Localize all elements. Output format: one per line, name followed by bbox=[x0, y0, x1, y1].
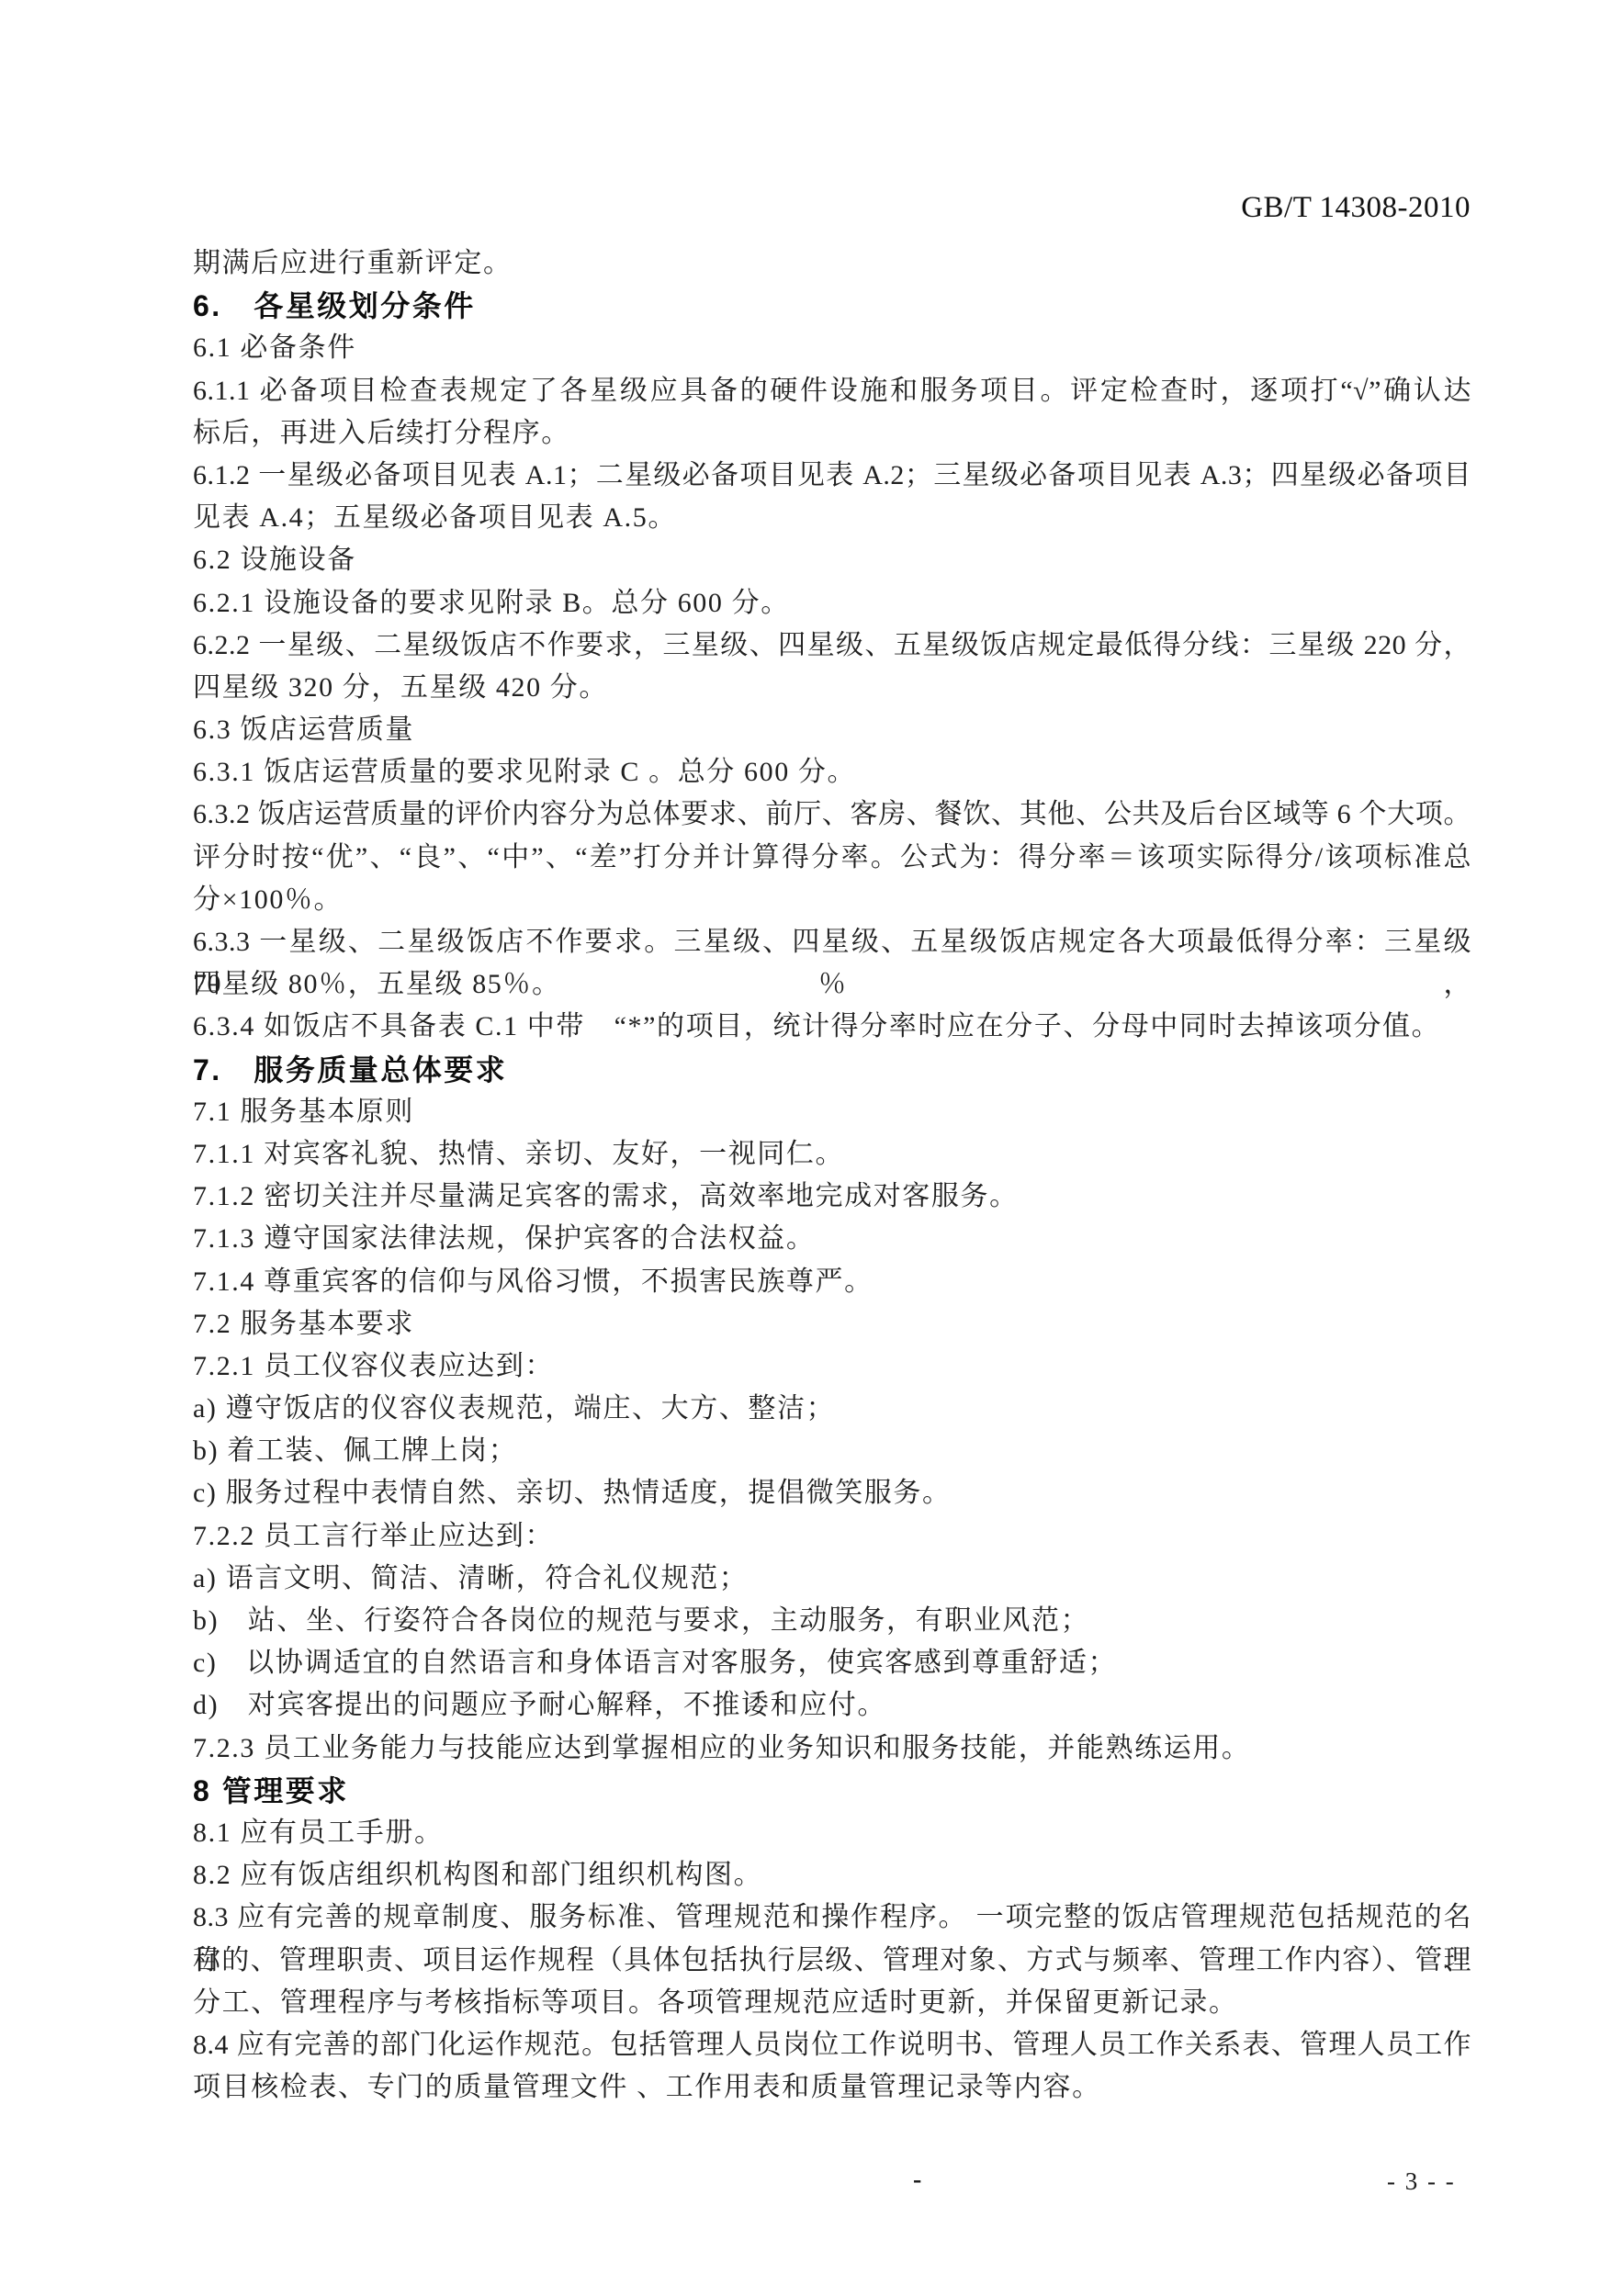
text-line: 6.3.4 如饭店不具备表 C.1 中带 “*”的项目，统计得分率时应在分子、分… bbox=[193, 1006, 1471, 1048]
text-line: 7.1.4 尊重宾客的信仰与风俗习惯，不损害民族尊严。 bbox=[193, 1261, 1471, 1303]
section-heading: 6. 各星级划分条件 bbox=[193, 285, 1471, 327]
text-line: 6.3 饭店运营质量 bbox=[193, 709, 1471, 751]
text-line: c) 以协调适宜的自然语言和身体语言对客服务，使宾客感到尊重舒适； bbox=[193, 1642, 1471, 1684]
text-line: 6.2 设施设备 bbox=[193, 539, 1471, 581]
text-line: 项目核检表、专门的质量管理文件 、工作用表和质量管理记录等内容。 bbox=[193, 2066, 1471, 2109]
text-line: b) 站、坐、行姿符合各岗位的规范与要求，主动服务，有职业风范； bbox=[193, 1600, 1471, 1642]
text-line: a) 遵守饭店的仪容仪表规范，端庄、大方、整洁； bbox=[193, 1388, 1471, 1430]
text-line: 6.1.2 一星级必备项目见表 A.1；二星级必备项目见表 A.2；三星级必备项… bbox=[193, 455, 1471, 497]
text-line: 6.3.2 饭店运营质量的评价内容分为总体要求、前厅、客房、餐饮、其他、公共及后… bbox=[193, 793, 1471, 836]
text-line: 6.1.1 必备项目检查表规定了各星级应具备的硬件设施和服务项目。评定检查时，逐… bbox=[193, 370, 1471, 412]
text-line: 7.2.1 员工仪容仪表应达到： bbox=[193, 1345, 1471, 1388]
text-line: 7.1.1 对宾客礼貌、热情、亲切、友好，一视同仁。 bbox=[193, 1133, 1471, 1176]
text-line: 7.1.2 密切关注并尽量满足宾客的需求，高效率地完成对客服务。 bbox=[193, 1176, 1471, 1218]
text-line: 7.2 服务基本要求 bbox=[193, 1303, 1471, 1345]
text-line: 标后，再进入后续打分程序。 bbox=[193, 412, 1471, 455]
footer-page-number: - 3 - - bbox=[1387, 2167, 1456, 2196]
text-line: 分工、管理程序与考核指标等项目。各项管理规范应适时更新，并保留更新记录。 bbox=[193, 1982, 1471, 2024]
document-body: 期满后应进行重新评定。6. 各星级划分条件6.1 必备条件6.1.1 必备项目检… bbox=[193, 242, 1471, 2109]
standard-number-header: GB/T 14308-2010 bbox=[1241, 191, 1471, 225]
footer-dash: - bbox=[913, 2166, 921, 2195]
text-line: 8.3 应有完善的规章制度、服务标准、管理规范和操作程序。 一项完整的饭店管理规… bbox=[193, 1896, 1471, 1939]
text-line: 6.1 必备条件 bbox=[193, 327, 1471, 369]
text-line: 8.4 应有完善的部门化运作规范。包括管理人员岗位工作说明书、管理人员工作关系表… bbox=[193, 2024, 1471, 2066]
section-heading: 7. 服务质量总体要求 bbox=[193, 1049, 1471, 1091]
text-line: 6.3.3 一星级、二星级饭店不作要求。三星级、四星级、五星级饭店规定各大项最低… bbox=[193, 921, 1471, 963]
text-line: 7.2.3 员工业务能力与技能应达到掌握相应的业务知识和服务技能，并能熟练运用。 bbox=[193, 1728, 1471, 1770]
text-line: 分×100％。 bbox=[193, 879, 1471, 921]
text-line: 6.2.2 一星级、二星级饭店不作要求，三星级、四星级、五星级饭店规定最低得分线… bbox=[193, 625, 1471, 667]
text-line: c) 服务过程中表情自然、亲切、热情适度，提倡微笑服务。 bbox=[193, 1472, 1471, 1514]
text-line: 6.2.1 设施设备的要求见附录 B。总分 600 分。 bbox=[193, 582, 1471, 625]
text-line: 目的、管理职责、项目运作规程（具体包括执行层级、管理对象、方式与频率、管理工作内… bbox=[193, 1940, 1471, 1982]
text-line: 7.1.3 遵守国家法律法规，保护宾客的合法权益。 bbox=[193, 1218, 1471, 1260]
text-line: 6.3.1 饭店运营质量的要求见附录 C 。总分 600 分。 bbox=[193, 751, 1471, 793]
text-line: 四星级 320 分，五星级 420 分。 bbox=[193, 667, 1471, 709]
section-heading: 8 管理要求 bbox=[193, 1770, 1471, 1812]
text-line: a) 语言文明、简洁、清晰，符合礼仪规范； bbox=[193, 1558, 1471, 1600]
text-line: 7.1 服务基本原则 bbox=[193, 1091, 1471, 1133]
text-line: 8.2 应有饭店组织机构图和部门组织机构图。 bbox=[193, 1854, 1471, 1896]
text-line: 8.1 应有员工手册。 bbox=[193, 1812, 1471, 1854]
scanned-document-page: GB/T 14308-2010 期满后应进行重新评定。6. 各星级划分条件6.1… bbox=[0, 0, 1623, 2296]
text-line: 期满后应进行重新评定。 bbox=[193, 242, 1471, 285]
text-line: 评分时按“优”、“良”、“中”、“差”打分并计算得分率。公式为：得分率＝该项实际… bbox=[193, 837, 1471, 879]
text-line: 见表 A.4；五星级必备项目见表 A.5。 bbox=[193, 497, 1471, 539]
text-line: d) 对宾客提出的问题应予耐心解释，不推诿和应付。 bbox=[193, 1684, 1471, 1727]
text-line: b) 着工装、佩工牌上岗； bbox=[193, 1430, 1471, 1472]
text-line: 7.2.2 员工言行举止应达到： bbox=[193, 1515, 1471, 1558]
